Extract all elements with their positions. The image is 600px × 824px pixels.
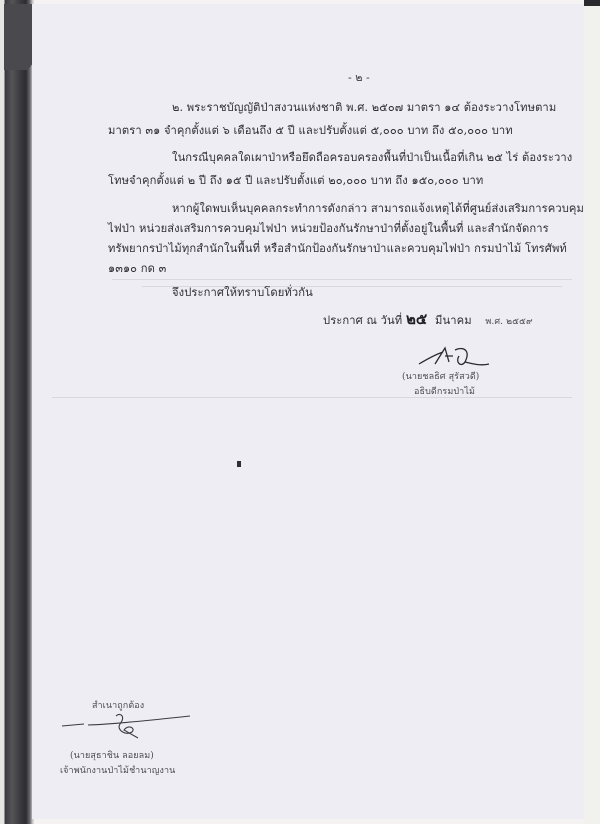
paragraph-2-line-2: โทษจำคุกตั้งแต่ ๒ ปี ถึง ๑๕ ปี และปรับตั…	[108, 174, 483, 188]
paragraph-1-line-2: มาตรา ๓๑ จำคุกตั้งแต่ ๖ เดือนถึง ๕ ปี แล…	[108, 124, 513, 138]
announcement-prefix: ประกาศ ณ วันที่	[323, 314, 402, 327]
copy-certifier-name: (นายสุธาชิน ลอยลม)	[70, 749, 154, 763]
announcement-date: ประกาศ ณ วันที่ ๒๕ มีนาคม พ.ศ. ๒๕๕๙	[323, 312, 533, 329]
page-number: - ๒ -	[348, 68, 370, 86]
signatory-name: (นายชลธิศ สุรัสวดี)	[402, 370, 479, 384]
closing-statement: จึงประกาศให้ทราบโดยทั่วกัน	[172, 286, 313, 300]
scan-artifact-line	[112, 279, 572, 280]
paragraph-3-line-1: หากผู้ใดพบเห็นบุคคลกระทำการดังกล่าว สามา…	[172, 202, 584, 216]
copy-certifier-title: เจ้าพนักงานป่าไม้ชำนาญงาน	[60, 764, 175, 778]
scan-edge-left	[0, 0, 34, 824]
paragraph-1-line-1: ๒. พระราชบัญญัติป่าสงวนแห่งชาติ พ.ศ. ๒๕๐…	[172, 101, 556, 115]
paragraph-3-line-2: ไฟป่า หน่วยส่งเสริมการควบคุมไฟป่า หน่วยป…	[108, 222, 549, 236]
paragraph-3-line-3: ทรัพยากรป่าไม้ทุกสำนักในพื้นที่ หรือสำนั…	[108, 242, 567, 256]
announcement-month: มีนาคม	[435, 314, 472, 327]
scan-edge-right	[584, 0, 600, 824]
paragraph-2-line-1: ในกรณีบุคคลใดเผาป่าหรือยึดถือครอบครองพื้…	[172, 151, 572, 165]
scan-artifact-line	[52, 397, 572, 398]
scan-speck	[237, 461, 241, 467]
document-page: - ๒ - ๒. พระราชบัญญัติป่าสงวนแห่งชาติ พ.…	[32, 4, 584, 819]
announcement-day: ๒๕	[406, 310, 427, 328]
announcement-year: พ.ศ. ๒๕๕๙	[485, 317, 532, 327]
copy-certifier-signature	[54, 710, 194, 744]
paragraph-3-line-4: ๑๓๑๐ กด ๓	[108, 262, 166, 276]
